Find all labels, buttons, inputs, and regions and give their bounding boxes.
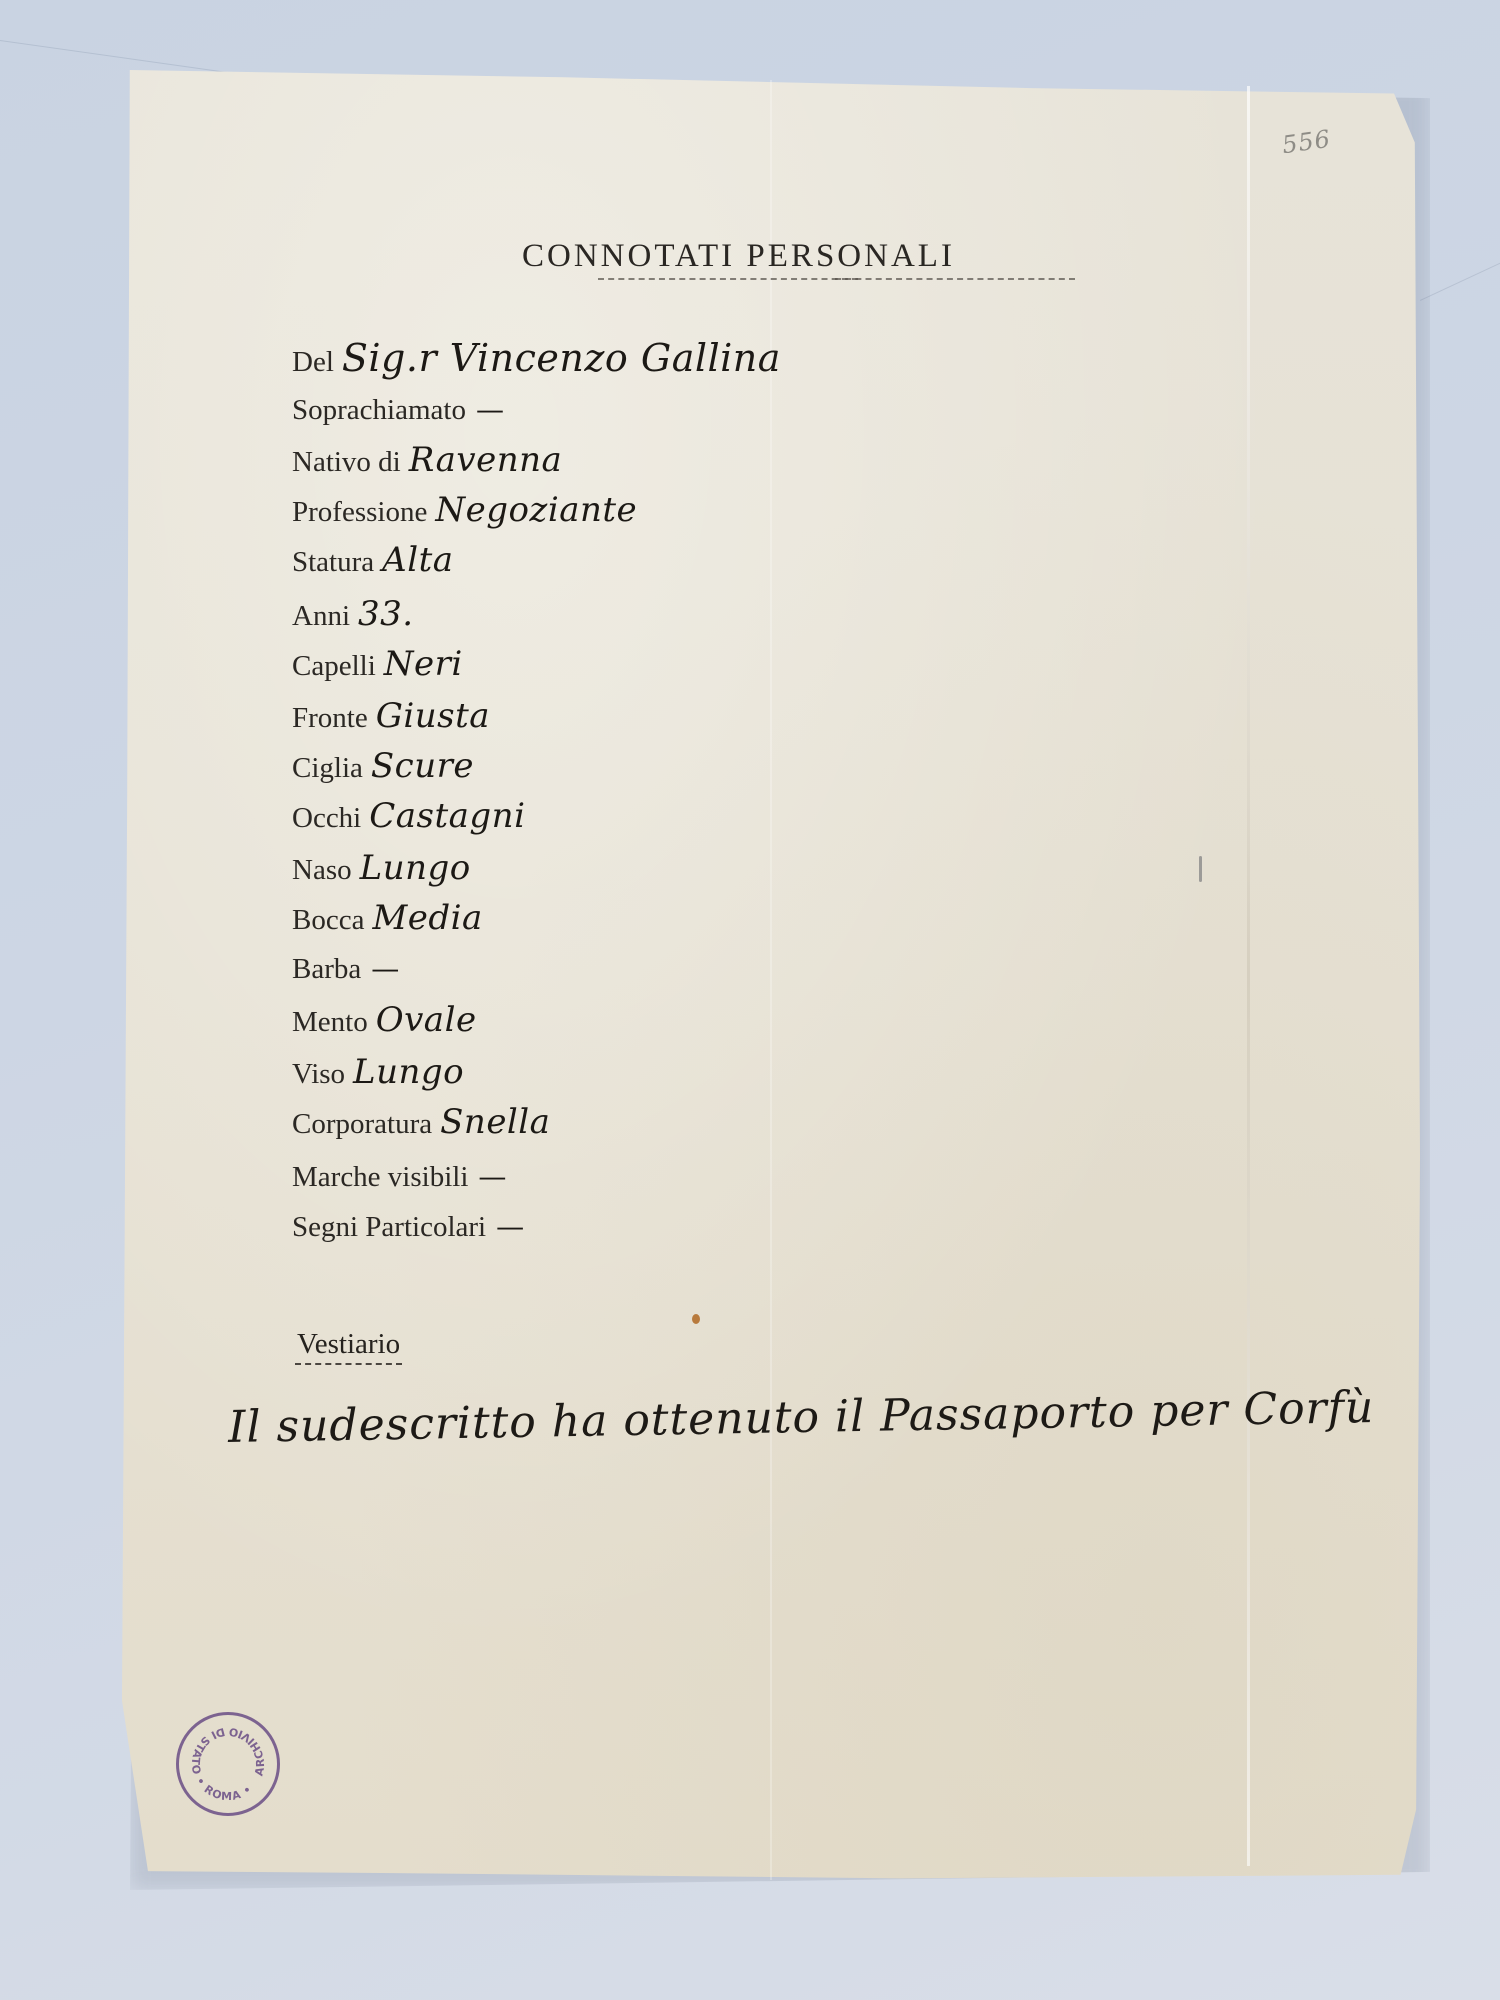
field-value: Alta (382, 540, 453, 580)
field-label: Capelli (292, 650, 376, 683)
field-value: Giusta (376, 696, 490, 736)
field-barba: Barba — (292, 952, 400, 986)
field-value: Castagni (369, 796, 525, 836)
field-fronte: Fronte Giusta (292, 696, 490, 736)
paper-crease (1247, 86, 1250, 1866)
field-label: Marche visibili (292, 1161, 468, 1194)
field-label: Fronte (292, 702, 368, 735)
field-value: Snella (440, 1102, 550, 1142)
archive-stamp: ARCHIVIO DI STATO • ROMA • (176, 1712, 280, 1816)
field-occhi: Occhi Castagni (292, 796, 525, 836)
field-value: Negoziante (435, 490, 637, 530)
field-label: Ciglia (292, 752, 363, 785)
field-name: Del Sig.r Vincenzo Gallina (292, 336, 781, 380)
field-mento: Mento Ovale (292, 1000, 477, 1040)
field-value: Sig.r Vincenzo Gallina (342, 336, 781, 380)
stamp-ring-icon: ARCHIVIO DI STATO • ROMA • (176, 1712, 280, 1816)
field-segni-particolari: Segni Particolari — (292, 1210, 525, 1244)
field-ciglia: Ciglia Scure (292, 746, 474, 786)
field-value: Lungo (360, 848, 471, 888)
field-value: — (496, 1210, 525, 1243)
field-professione: Professione Negoziante (292, 490, 637, 530)
document-title: CONNOTATI PERSONALI (522, 238, 955, 275)
field-value: Media (372, 898, 482, 938)
field-label: Corporatura (292, 1108, 432, 1141)
field-viso: Viso Lungo (292, 1052, 464, 1092)
field-label: Nativo di (292, 446, 401, 479)
field-value: Lungo (353, 1052, 464, 1092)
field-label: Bocca (292, 904, 364, 937)
field-bocca: Bocca Media (292, 898, 483, 938)
backdrop-scratch (1420, 215, 1500, 300)
field-value: — (371, 952, 400, 985)
field-label: Del (292, 346, 334, 379)
field-value: Ovale (376, 1000, 477, 1040)
field-value: Neri (384, 644, 463, 684)
field-naso: Naso Lungo (292, 848, 471, 888)
field-label: Segni Particolari (292, 1211, 486, 1244)
field-value: Scure (371, 746, 474, 786)
field-label: Anni (292, 600, 350, 633)
ink-spot (692, 1314, 700, 1324)
field-value: 33. (358, 594, 414, 634)
field-anni: Anni 33. (292, 594, 414, 634)
field-label: Barba (292, 953, 361, 986)
field-label: Soprachiamato (292, 394, 466, 427)
svg-text:ARCHIVIO DI STATO • ROMA •: ARCHIVIO DI STATO • ROMA • (178, 1714, 278, 1814)
field-label: Mento (292, 1006, 368, 1039)
field-statura: Statura Alta (292, 540, 454, 580)
title-underline (598, 278, 858, 280)
field-label: Occhi (292, 802, 361, 835)
pencil-mark (1199, 856, 1202, 882)
field-corporatura: Corporatura Snella (292, 1102, 550, 1142)
field-label: Viso (292, 1058, 345, 1091)
stamp-text: ARCHIVIO DI STATO • ROMA • (178, 1714, 278, 1814)
field-label: Professione (292, 496, 427, 529)
field-capelli: Capelli Neri (292, 644, 463, 684)
field-value: — (478, 1160, 507, 1193)
field-value: — (476, 393, 505, 426)
field-value: Ravenna (409, 440, 563, 480)
field-nativo: Nativo di Ravenna (292, 440, 562, 480)
vestiario-heading: Vestiario (295, 1328, 402, 1365)
title-underline (835, 278, 1075, 280)
field-soprachiamato: Soprachiamato — (292, 393, 504, 427)
field-label: Naso (292, 854, 352, 887)
field-label: Statura (292, 546, 374, 579)
field-marche-visibili: Marche visibili — (292, 1160, 507, 1194)
